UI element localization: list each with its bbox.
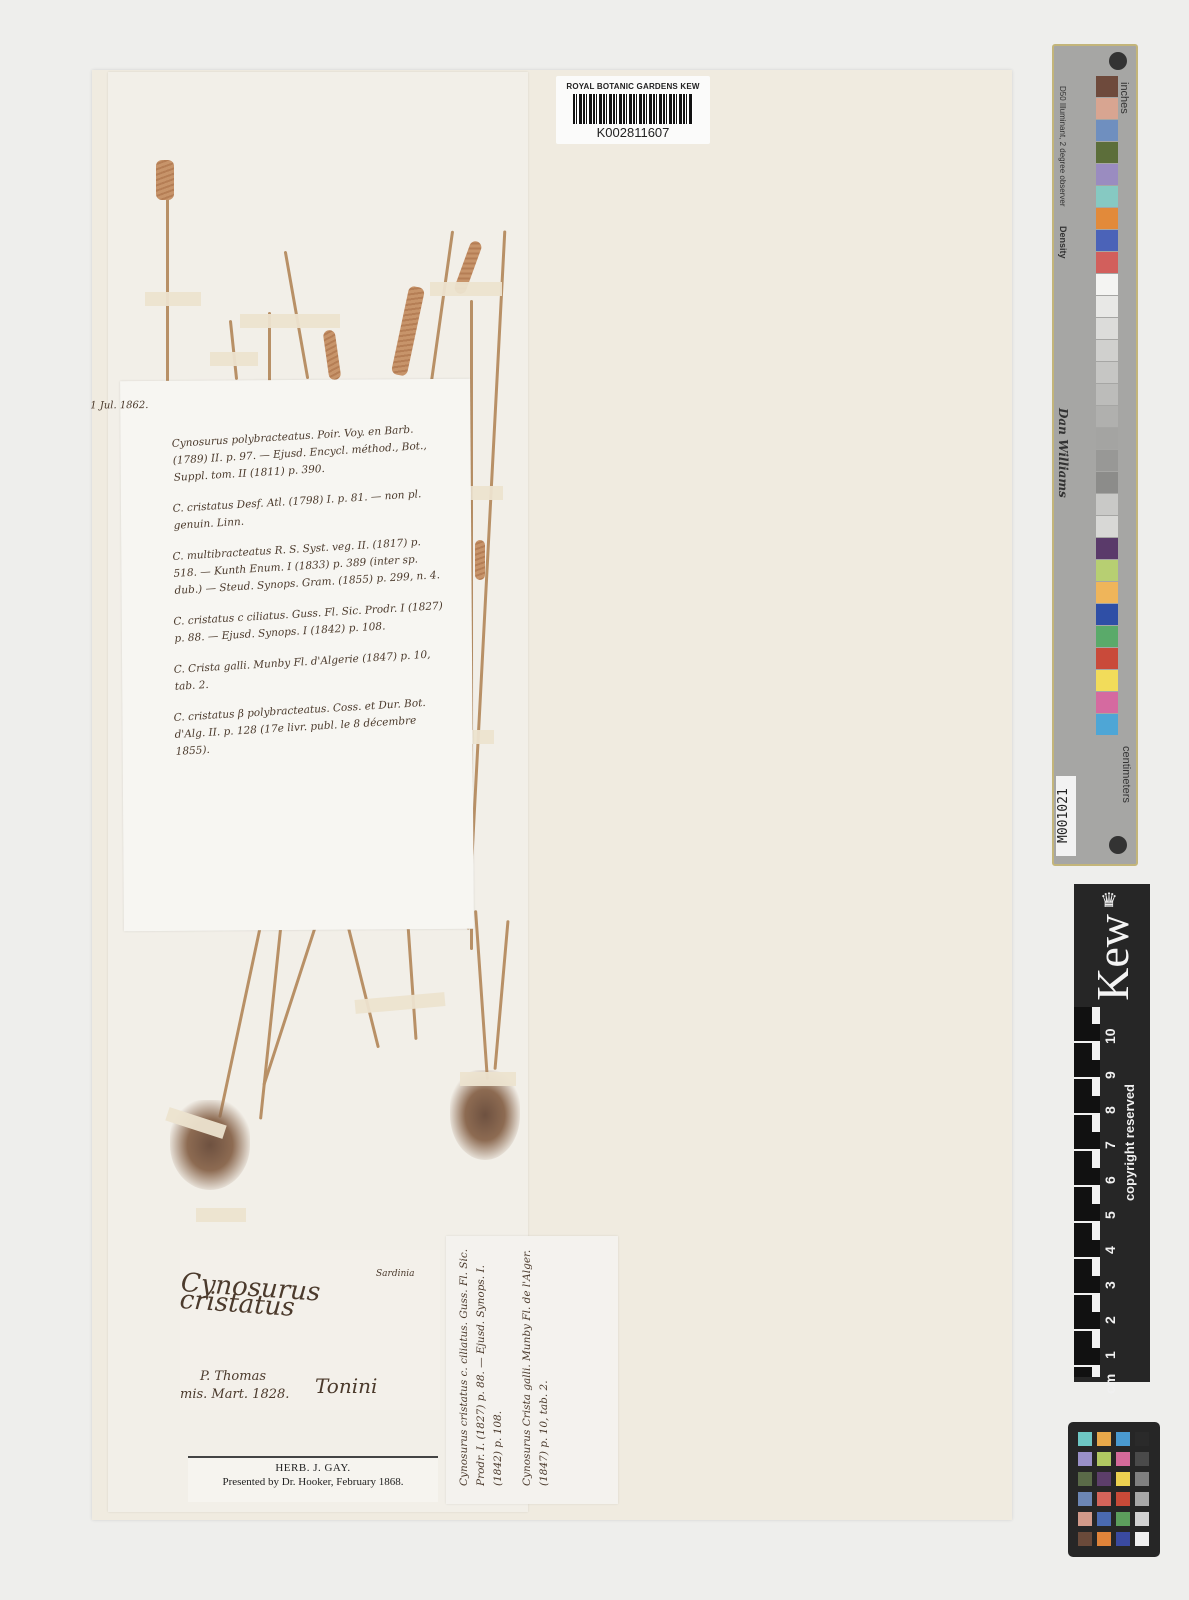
color-swatch [1096, 186, 1118, 207]
color-checker-card [1068, 1422, 1160, 1557]
barcode-number: K002811607 [556, 125, 710, 140]
density-label: Density [1058, 226, 1068, 259]
color-swatch [1096, 230, 1118, 251]
checker-patch [1078, 1492, 1092, 1506]
color-swatch [1096, 582, 1118, 603]
color-swatch [1096, 164, 1118, 185]
barcode-icon [573, 94, 693, 124]
side-synonym-label: Cynosurus cristatus c. ciliatus. Guss. F… [446, 1236, 618, 1504]
checker-patch [1097, 1492, 1111, 1506]
checker-patch [1116, 1472, 1130, 1486]
color-swatch [1096, 626, 1118, 647]
color-swatch [1096, 318, 1118, 339]
color-swatch [1096, 648, 1118, 669]
synonym-entry: C. multibracteatus R. S. Syst. veg. II. … [172, 533, 445, 600]
checker-patch [1078, 1452, 1092, 1466]
color-swatch [1096, 428, 1118, 449]
color-swatch [1096, 714, 1118, 735]
checker-patch [1135, 1512, 1149, 1526]
synonym-entry: C. cristatus c ciliatus. Guss. Fl. Sic. … [173, 598, 445, 648]
synonym-entry: C. cristatus Desf. Atl. (1798) I. p. 81.… [172, 485, 444, 535]
herbarium-provenance-label: HERB. J. GAY. Presented by Dr. Hooker, F… [188, 1456, 438, 1502]
kew-logo: Kew [1086, 914, 1139, 1001]
color-swatch [1096, 274, 1118, 295]
institution-name: ROYAL BOTANIC GARDENS KEW [556, 82, 710, 91]
label-date: 1 Jul. 1862. [90, 397, 148, 414]
synonym-entry: C. Crista galli. Munby Fl. d'Algerie (18… [173, 646, 445, 696]
color-swatch [1096, 98, 1118, 119]
color-swatch [1096, 472, 1118, 493]
color-swatch [1096, 604, 1118, 625]
barcode-label: ROYAL BOTANIC GARDENS KEW K002811607 [556, 76, 710, 144]
checker-patch [1116, 1492, 1130, 1506]
checker-patch [1135, 1432, 1149, 1446]
checker-patch [1097, 1452, 1111, 1466]
royal-crest-icon: ♛ [1094, 888, 1124, 914]
color-swatch [1096, 406, 1118, 427]
color-swatch [1096, 670, 1118, 691]
determination-label: 1 Jul. 1862. Cynosurus polybracteatus. P… [120, 379, 474, 931]
checker-patch [1097, 1532, 1111, 1546]
ruler-id: M001021 [1056, 776, 1076, 856]
ruler-units-top: inches [1118, 82, 1130, 114]
checker-patch [1078, 1432, 1092, 1446]
color-swatch [1096, 142, 1118, 163]
checker-patch [1097, 1512, 1111, 1526]
checker-patch [1135, 1492, 1149, 1506]
color-swatch [1096, 384, 1118, 405]
checker-patch [1116, 1512, 1130, 1526]
color-swatch [1096, 538, 1118, 559]
herbarium-title: HERB. J. GAY. [188, 1462, 438, 1474]
sent-date: mis. Mart. 1828. [180, 1386, 289, 1403]
checker-patch [1135, 1452, 1149, 1466]
color-swatch [1096, 76, 1118, 97]
herbarium-subtitle: Presented by Dr. Hooker, February 1868. [188, 1476, 438, 1488]
checker-patch [1097, 1472, 1111, 1486]
checker-patch [1135, 1472, 1149, 1486]
ruler-units-bottom: centimeters [1120, 746, 1132, 803]
ruler-brand: Dan Williams [1056, 408, 1070, 498]
scale-ticks: 10 9 8 7 6 5 4 3 2 1 cm [1102, 1009, 1122, 1394]
color-swatch [1096, 516, 1118, 537]
color-swatch [1096, 120, 1118, 141]
ruler-hole-icon [1109, 52, 1127, 70]
color-swatch [1096, 362, 1118, 383]
copyright-text: copyright reserved [1122, 1084, 1137, 1201]
signature: Tonini [315, 1378, 377, 1395]
color-swatch [1096, 560, 1118, 581]
synonym-entry: C. cristatus β polybracteatus. Coss. et … [173, 694, 446, 761]
checker-patch [1078, 1532, 1092, 1546]
color-swatch [1096, 340, 1118, 361]
color-swatch [1096, 450, 1118, 471]
color-swatch [1096, 296, 1118, 317]
ruler-note: D50 Illuminant, 2 degree observer [1058, 86, 1067, 207]
synonym-entry: Cynosurus Crista galli. Munby Fl. de l'A… [513, 1236, 559, 1496]
checker-patch [1116, 1532, 1130, 1546]
checker-patch [1116, 1452, 1130, 1466]
checker-patch [1116, 1432, 1130, 1446]
checker-patch [1135, 1532, 1149, 1546]
checker-patch [1078, 1472, 1092, 1486]
color-swatch [1096, 208, 1118, 229]
collection-label: Sardinia Cynosurus cristatus P. Thomas m… [180, 1250, 440, 1410]
color-swatch [1096, 494, 1118, 515]
kew-scale-bar: ♛ Kew 10 9 8 7 6 5 4 3 2 1 cm copyright … [1074, 884, 1150, 1382]
region-text: Sardinia [376, 1266, 415, 1283]
synonym-entry: Cynosurus polybracteatus. Poir. Voy. en … [171, 420, 444, 487]
checker-patch [1078, 1512, 1092, 1526]
color-density-ruler: inches centimeters D50 Illuminant, 2 deg… [1052, 44, 1138, 866]
color-swatch [1096, 252, 1118, 273]
color-swatch [1096, 692, 1118, 713]
synonym-entry: Cynosurus cristatus c. ciliatus. Guss. F… [446, 1236, 513, 1496]
checker-patch [1097, 1432, 1111, 1446]
collector-name: P. Thomas [200, 1368, 266, 1385]
ruler-hole-icon [1109, 836, 1127, 854]
